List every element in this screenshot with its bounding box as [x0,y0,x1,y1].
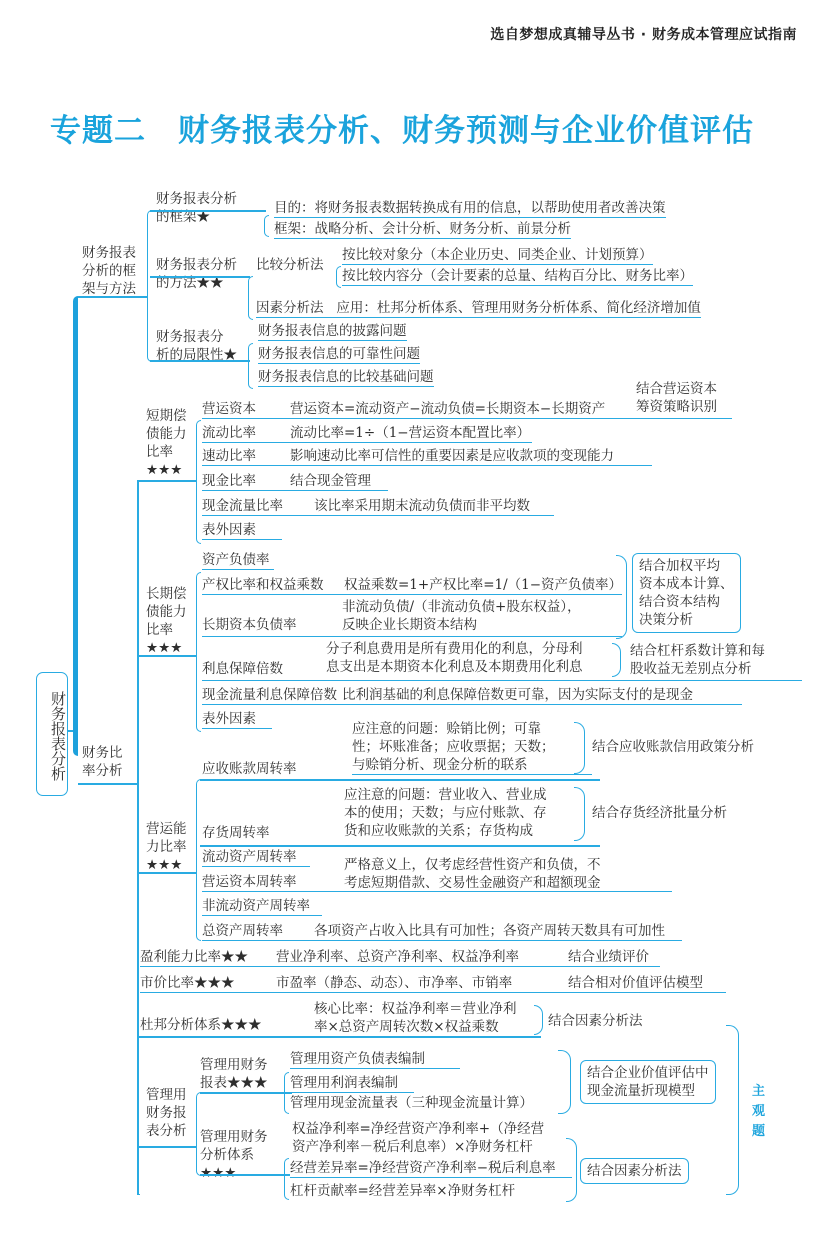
connector [284,1072,289,1114]
connector [137,1146,197,1148]
book-source-header: 选自梦想成真辅导丛书 · 财务成本管理应试指南 [490,24,797,44]
connector [137,1036,140,1195]
ratio-row: 速动比率影响速动比率可信性的重要因素是应收款项的变现能力 [202,447,652,466]
mgmt-statements-note: 结合企业价值评估中现金流量折现模型 [580,1060,716,1104]
limitation-item: 财务报表信息的比较基础问题 [258,368,434,387]
ratio-row: 流动比率流动比率=1÷（1−营运资本配置比率） [202,424,532,443]
connector [78,296,148,298]
brace [574,722,585,774]
connector [137,872,197,874]
ratio-row: 产权比率和权益乘数权益乘数=1+产权比率=1/（1−资产负债率） [202,576,622,595]
node-long-term: 长期偿债能力比率★★★ [146,585,187,657]
ratio-row-receivables: 应收账款周转率 [202,760,297,778]
ratio-dupont: 杜邦分析体系★★★ [140,1016,262,1034]
compare-by-object: 按比较对象分（本企业历史、同类企业、计划预算） [342,246,653,265]
node-mgmt-statements: 管理用财务报表★★★ [200,1056,268,1092]
mgmt-statement-item: 管理用资产负债表编制 [290,1050,460,1069]
connector [248,343,253,389]
long-term-note: 结合加权平均资本成本计算、结合资本结构决策分析 [632,553,741,633]
ratio-row: 现金比率结合现金管理 [202,472,388,491]
node-operating: 营运能力比率★★★ [146,820,187,874]
receivables-note: 结合应收账款信用政策分析 [592,738,754,756]
limitation-item: 财务报表信息的披露问题 [258,322,407,341]
interest-note: 结合杠杆系数计算和每股收益无差别点分析 [630,642,765,678]
connector [78,783,138,785]
node-short-term: 短期偿债能力比率★★★ [146,407,187,479]
connector [248,276,253,320]
node-framework-structure: 财务报表分析的框架★ [156,190,237,226]
limitation-item: 财务报表信息的可靠性问题 [258,345,420,364]
ratio-row: 流动资产周转率 [202,848,310,867]
connector [200,1174,290,1176]
inventory-desc: 应注意的问题：营业收入、营业成本的使用；天数；与应付账款、存货和应收账款的关系；… [344,786,547,840]
connector [150,276,250,278]
brace [566,1138,577,1202]
dupont-note: 结合因素分析法 [548,1012,643,1030]
brace [612,643,621,677]
mgmt-statement-item: 管理用现金流量表（三种现金流量计算） [290,1094,533,1112]
brace [558,1050,571,1114]
connector [336,266,341,288]
ratio-row-inventory: 存货周转率 [202,824,270,842]
connector [196,420,201,544]
ratio-row: 长期资本负债率 非流动负债/（非流动负债+股东权益）， 反映企业长期资本结构 [202,598,622,637]
node-management: 管理用财务报表分析 [146,1086,187,1140]
short-term-note: 结合营运资本筹资策略识别 [636,380,717,416]
node-framework-methods: 财务报表分析的方法★★ [156,256,237,292]
node-ratio-analysis: 财务比率分析 [82,744,123,780]
ratio-profit: 盈利能力比率★★营业净利率、总资产净利率、权益净利率结合业绩评价 [140,948,660,967]
receivables-desc: 应注意的问题：赊销比例；可靠性；坏账准备；应收票据；天数；与赊销分析、现金分析的… [352,720,592,775]
framework-structure-item: 框架：战略分析、会计分析、财务分析、前景分析 [274,220,571,239]
connector [150,210,266,212]
brace [616,555,627,639]
root-node: 财务报表分析 [36,672,68,796]
main-spine [73,296,78,756]
connector [137,1036,541,1038]
framework-purpose: 目的：将财务报表数据转换成有用的信息，以帮助使用者改善决策 [274,199,666,218]
node-framework-limitations: 财务报表分析的局限性★ [156,328,237,364]
page-title: 专题二 财务报表分析、财务预测与企业价值评估 [50,105,754,150]
factor-method: 因素分析法 应用：杜邦分析体系、管理用财务分析体系、简化经济增加值 [256,299,701,318]
connector [264,215,269,237]
subjective-label: 主观题 [752,1082,766,1142]
compare-by-content: 按比较内容分（会计要素的总量、结构百分比、财务比率） [342,267,693,286]
mgmt-statement-item: 管理用利润表编制 [290,1074,414,1093]
ratio-row: 表外因素 [202,710,272,729]
mgmt-system-item: 权益净利率=净经营资产净利率+（净经营资产净利率－税后利息率）×净财务杠杆 [292,1120,544,1156]
working-capital-note: 严格意义上，仅考虑经营性资产和负债，不考虑短期借款、交易性金融资产和超额现金 [344,856,601,892]
connector [147,210,152,362]
mgmt-system-item: 经营差异率=净经营资产净利率−税后利息率 [290,1159,572,1178]
mgmt-system-note: 结合因素分析法 [580,1158,689,1184]
connector [200,1092,292,1094]
connector [200,779,600,781]
inventory-note: 结合存货经济批量分析 [592,804,727,822]
ratio-row: 资产负债率 [202,551,274,570]
connector [200,845,600,847]
brace [574,787,585,841]
connector [137,655,197,657]
connector [196,779,201,941]
connector [196,572,201,732]
ratio-row: 现金流量比率该比率采用期末流动负债而非平均数 [202,497,554,516]
connector [150,360,250,362]
ratio-market: 市价比率★★★市盈率（静态、动态）、市净率、市销率结合相对价值评估模型 [140,974,726,993]
compare-method: 比较分析法 [256,256,324,274]
subjective-brace [726,1025,739,1195]
dupont-desc: 核心比率：权益净利率＝营业净利率×总资产周转次数×权益乘数 [314,1000,517,1036]
ratio-row: 表外因素 [202,521,282,540]
brace [534,1005,543,1035]
ratio-row: 现金流量利息保障倍数比利润基础的利息保障倍数更可靠，因为实际支付的是现金 [202,686,742,705]
ratio-row: 非流动资产周转率 [202,897,322,916]
connector [284,1158,289,1200]
node-framework: 财务报表分析的框架与方法 [82,244,136,298]
mgmt-system-item: 杠杆贡献率=经营差异率×净财务杠杆 [290,1182,515,1200]
ratio-row: 总资产周转率各项资产占收入比具有可加性；各资产周转天数具有可加性 [202,922,682,941]
connector [137,480,197,482]
